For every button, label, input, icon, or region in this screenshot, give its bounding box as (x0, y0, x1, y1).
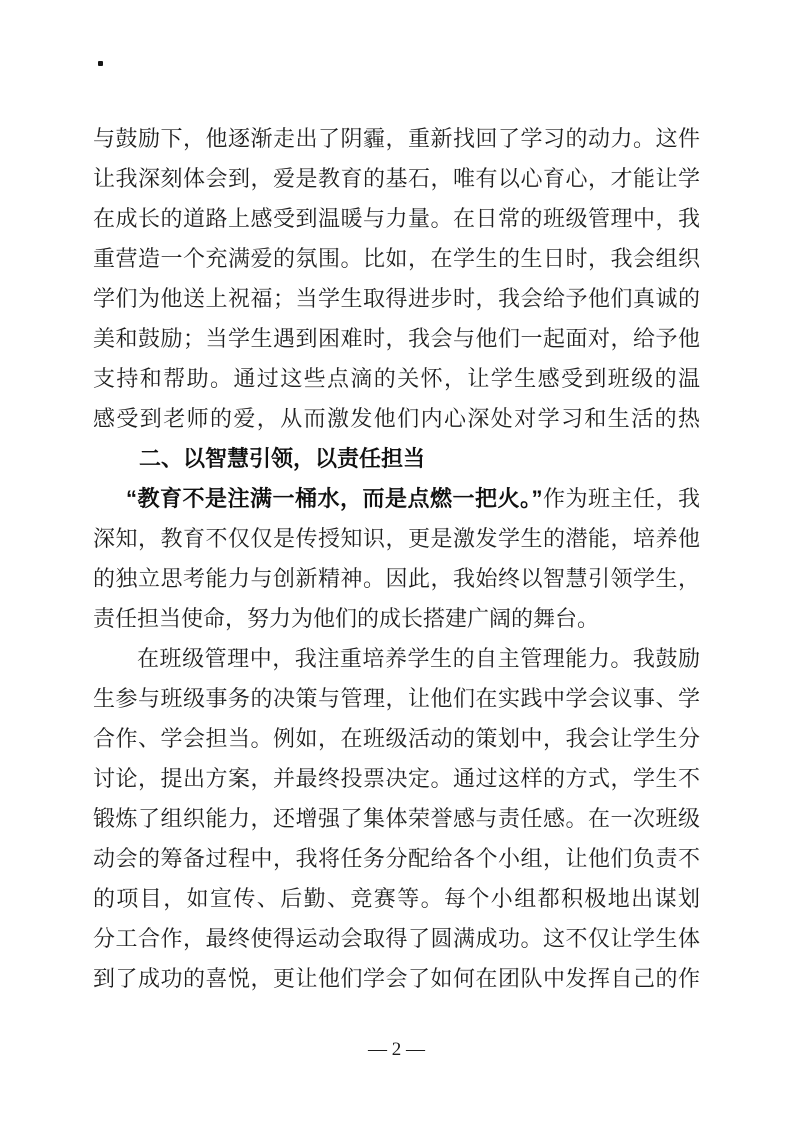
text-line: “教育不是注满一桶水，而是点燃一把火。”作为班主任，我 (93, 479, 700, 519)
section-heading: 二、以智慧引领，以责任担当 (93, 439, 700, 479)
text-line: 到了成功的喜悦，更让他们学会了如何在团队中发挥自己的作用， (93, 959, 700, 999)
text-line: 责任担当使命，努力为他们的成长搭建广阔的舞台。 (93, 599, 700, 639)
text-line: 感受到老师的爱，从而激发他们内心深处对学习和生活的热爱。 (93, 399, 700, 439)
stray-ink-dot-mark (98, 61, 103, 66)
text-line: 生参与班级事务的决策与管理，让他们在实践中学会议事、学会 (93, 679, 700, 719)
text-line: 在班级管理中，我注重培养学生的自主管理能力。我鼓励学 (93, 639, 700, 679)
document-page: 与鼓励下，他逐渐走出了阴霾，重新找回了学习的动力。这件事 让我深刻体会到，爱是教… (0, 0, 793, 1122)
text-line: 讨论，提出方案，并最终投票决定。通过这样的方式，学生不仅 (93, 759, 700, 799)
text-line: 的独立思考能力与创新精神。因此，我始终以智慧引领学生，以 (93, 559, 700, 599)
quote-line-rest: 作为班主任，我 (542, 486, 700, 511)
text-line: 与鼓励下，他逐渐走出了阴霾，重新找回了学习的动力。这件事 (93, 119, 700, 159)
text-line: 学们为他送上祝福；当学生取得进步时，我会给予他们真诚的赞 (93, 279, 700, 319)
document-body: 与鼓励下，他逐渐走出了阴霾，重新找回了学习的动力。这件事 让我深刻体会到，爱是教… (93, 119, 700, 999)
bold-quotation: “教育不是注满一桶水，而是点燃一把火。” (126, 486, 542, 511)
text-line: 深知，教育不仅仅是传授知识，更是激发学生的潜能，培养他们 (93, 519, 700, 559)
page-number: — 2 — (0, 1036, 793, 1064)
text-line: 支持和帮助。通过这些点滴的关怀，让学生感受到班级的温暖， (93, 359, 700, 399)
text-line: 的项目，如宣传、后勤、竞赛等。每个小组都积极地出谋划策， (93, 879, 700, 919)
text-line: 动会的筹备过程中，我将任务分配给各个小组，让他们负责不同 (93, 839, 700, 879)
text-line: 分工合作，最终使得运动会取得了圆满成功。这不仅让学生体验 (93, 919, 700, 959)
text-line: 让我深刻体会到，爱是教育的基石，唯有以心育心，才能让学生 (93, 159, 700, 199)
text-line: 合作、学会担当。例如，在班级活动的策划中，我会让学生分组 (93, 719, 700, 759)
text-line: 重营造一个充满爱的氛围。比如，在学生的生日时，我会组织同 (93, 239, 700, 279)
text-line: 美和鼓励；当学生遇到困难时，我会与他们一起面对，给予他们 (93, 319, 700, 359)
text-line: 锻炼了组织能力，还增强了集体荣誉感与责任感。在一次班级运 (93, 799, 700, 839)
text-line: 在成长的道路上感受到温暖与力量。在日常的班级管理中，我注 (93, 199, 700, 239)
